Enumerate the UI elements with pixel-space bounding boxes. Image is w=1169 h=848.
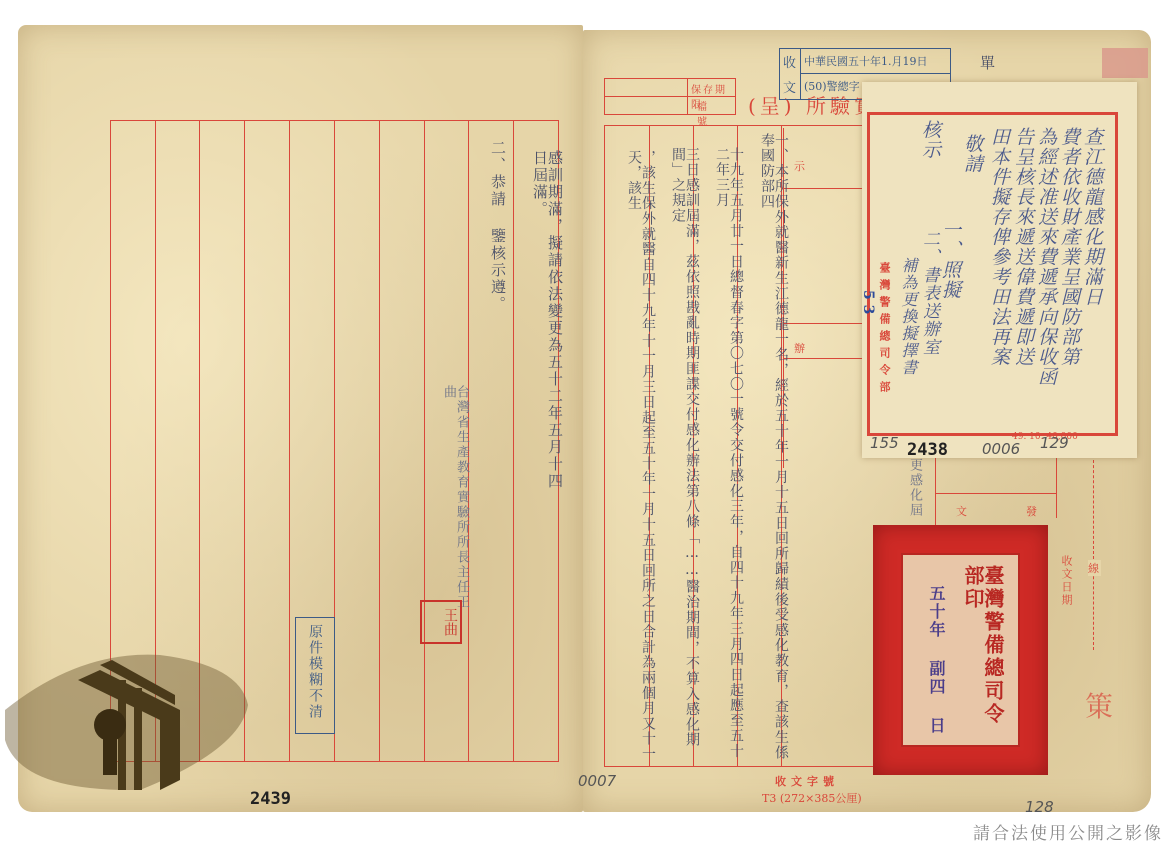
notice-stamp-text: 原件模糊不清 — [308, 624, 322, 720]
stamp-doc-label: 文 — [783, 77, 796, 96]
note-col-3: 為經述准送來費遞承向保收函 — [1036, 127, 1055, 387]
seal-blue-overprint: 五十年 副四 日 — [928, 585, 944, 735]
note-col-9: 二、書表送辦室 — [920, 230, 937, 356]
stamp-receive-label: 收 — [783, 52, 796, 71]
note-col-6: 敬請 — [962, 134, 981, 174]
send-receive-form: 文 發 — [935, 458, 1057, 518]
corner-char: 單 — [980, 52, 995, 73]
receive-date-label: 收文日期 — [1058, 555, 1074, 607]
seal-text: 臺灣警備總司令部印 — [963, 565, 1003, 745]
attached-handwritten-note: 查江德龍感化期滿日 費者依收財產業呈國防部第 為經述准送來費遞承向保收函 告呈核… — [862, 82, 1137, 458]
right-typed-column-1: 一、本所保外就醫新生江德龍一名，經於五十年一月十五日回所歸績後受感化教育，查該生… — [760, 133, 788, 763]
note-col-4: 告呈核長來遞送偉費遞即送 — [1013, 127, 1032, 367]
margin-blue-digits: 5 3 — [860, 290, 876, 314]
note-pencil-left: 155 — [870, 434, 899, 452]
seal-chars: 王曲 — [442, 608, 458, 636]
stamp-ref: (50)警總字 — [804, 78, 860, 94]
margin-pencil-mark: 䇿 — [1085, 685, 1113, 725]
left-typed-column-1: 感訓期滿，擬請依法變更為五十二年五月十四日屆滿。 — [532, 150, 562, 490]
right-typed-column-4: ，該生保外就醫自四十九年十一月三日起至五十年一月十五日回所之日合計為兩個月又十一… — [627, 150, 655, 770]
archive-lock-book-icon — [0, 650, 250, 800]
stamp-date: 中華民國五十年1.月19日 — [804, 53, 928, 69]
note-col-5: 田本件擬存俾參考田法再案 — [989, 127, 1008, 367]
binding-label: 線 — [1088, 560, 1101, 576]
note-side-print: 臺灣警備總司令部 — [876, 262, 892, 398]
right-typed-column-2: 十九年五月廿一日總督春字第〇七〇一號令交付感化三年，自四十九年三月四日起應至五十… — [715, 147, 743, 767]
left-typed-column-2: 二、恭請 鑒核示遵。 — [490, 140, 505, 340]
handle-label: 辦 — [794, 340, 807, 356]
usage-watermark: 請合法使用公開之影像 — [973, 819, 1163, 844]
text-label: 文 — [956, 503, 969, 519]
continuation-text: 更感化屆 — [908, 458, 921, 518]
note-col-1: 查江德龍感化期滿日 — [1082, 127, 1101, 307]
pencil-number-128: 128 — [1025, 798, 1054, 816]
binding-line — [1093, 455, 1094, 650]
note-col-7: 核示 — [920, 120, 939, 160]
notice-stamp: 原件模糊不清 — [295, 617, 335, 734]
left-page-number: 2439 — [250, 789, 291, 809]
note-pencil-right: 129 — [1040, 434, 1069, 452]
form-code: T3 (272×385公厘) — [762, 790, 862, 806]
left-signature: 台灣省生產教育實驗所所長主任王曲 — [442, 385, 468, 615]
retention-box: 保存期限 檔號 — [604, 78, 736, 115]
instruct-label: 示 — [794, 158, 807, 174]
note-pencil-mid: 0006 — [982, 440, 1020, 458]
page-stamp-number: 0007 — [578, 772, 616, 790]
file-no-label: 檔號 — [697, 98, 735, 128]
receipt-no-label: 收文字號 — [775, 773, 839, 789]
note-col-8: 一、照擬 — [940, 220, 959, 300]
corner-pink-tab — [1102, 48, 1148, 78]
right-typed-column-3: 三日感訓屆滿，茲依照戡亂時期匪諜交付感化辦法第八條「……醫治期間，不算入感化期間… — [671, 147, 699, 767]
send-label: 發 — [1026, 503, 1039, 519]
note-col-2: 費者依收財產業呈國防部第 — [1059, 127, 1078, 367]
large-red-official-seal: 臺灣警備總司令部印 五十年 副四 日 — [873, 525, 1048, 775]
note-col-10: 補為更換擬擇書 — [900, 257, 916, 376]
left-signature-seal: 王曲 — [420, 600, 462, 644]
note-page-number: 2438 — [907, 440, 948, 460]
